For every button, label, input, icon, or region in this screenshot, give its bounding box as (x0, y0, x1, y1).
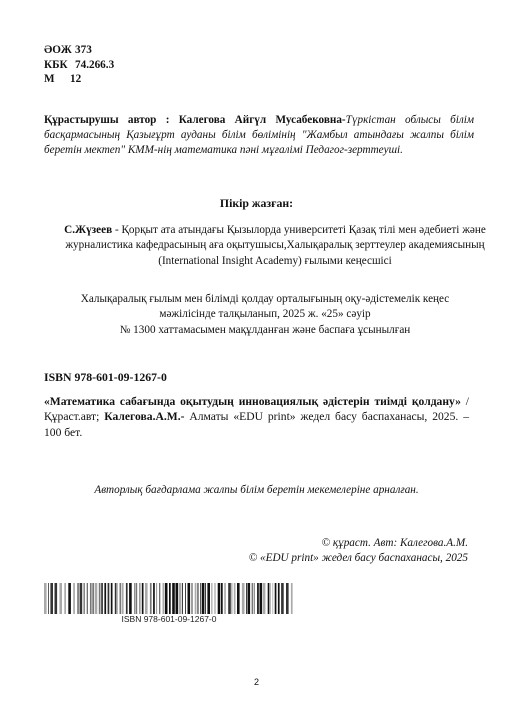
bibliographic-record: «Математика сабағында оқытудың инновация… (44, 394, 469, 440)
approval-line-3: № 1300 хаттамасымен мақұлданған және бас… (50, 323, 480, 338)
approval-line-1: Халықаралық ғылым мен білімді қолдау орт… (50, 292, 480, 307)
copyright-block: © құраст. Авт: Калегова.А.М. © «EDU prin… (200, 536, 468, 566)
reviewer-block: С.Жүзеев - Қорқыт ата атындағы Қызылорда… (60, 223, 490, 269)
classification-codes: ӘОЖ373 КБК74.266.3 М12 (44, 43, 114, 87)
biblio-author: Калегова.А.М.- (104, 410, 184, 423)
author-mark: М12 (44, 72, 114, 87)
dedication: Авторлық бағдарлама жалпы білім беретін … (0, 484, 513, 496)
lbc-code: КБК74.266.3 (44, 58, 114, 73)
code-label: М (44, 72, 70, 87)
code-value: 12 (70, 73, 81, 85)
approval-block: Халықаралық ғылым мен білімді қолдау орт… (50, 292, 480, 338)
copyright-publisher: © «EDU print» жедел басу баспаханасы, 20… (200, 551, 468, 566)
udc-code: ӘОЖ373 (44, 43, 114, 58)
copyright-author: © құраст. Авт: Калегова.А.М. (200, 536, 468, 551)
code-label: ӘОЖ (44, 43, 75, 58)
author-name: Құрастырушы автор : Калегова Айгүл Мусаб… (44, 114, 346, 126)
approval-line-2: мәжілісінде талқыланып, 2025 ж. «25» сәу… (50, 307, 480, 322)
reviewer-info: - Қорқыт ата атындағы Қызылорда универси… (65, 224, 486, 267)
code-label: КБК (44, 58, 75, 73)
code-value: 373 (75, 44, 92, 56)
code-value: 74.266.3 (75, 59, 114, 71)
reviewer-name: С.Жүзеев (64, 224, 112, 236)
isbn-number: ISBN 978-601-09-1267-0 (44, 370, 167, 385)
isbn-barcode (44, 583, 294, 614)
author-block: Құрастырушы автор : Калегова Айгүл Мусаб… (44, 113, 474, 159)
page-number: 2 (0, 677, 513, 687)
barcode-label: ISBN 978-601-09-1267-0 (44, 614, 294, 624)
reviewer-heading: Пікір жазған: (0, 196, 513, 211)
book-title: «Математика сабағында оқытудың инновация… (44, 395, 461, 408)
